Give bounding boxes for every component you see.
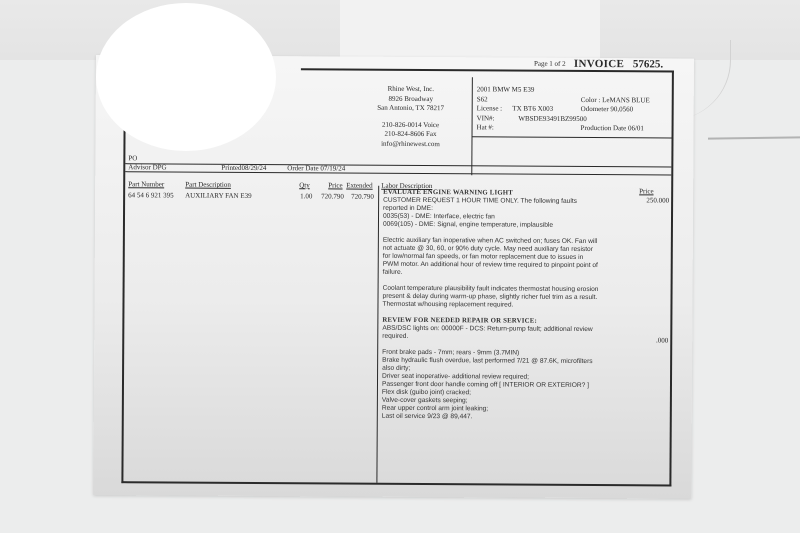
part-extended: 720.790 [351,193,374,201]
underlying-page [340,0,600,59]
order-rule-bottom [125,171,671,175]
col-part-description: Part Description [185,181,231,189]
col-extended: Extended [346,182,372,190]
labor-paragraph: CUSTOMER REQUEST 1 HOUR TIME ONLY. The f… [383,197,623,230]
page-indicator: Page 1 of 2 [534,60,566,68]
printed-date: Printed08/29/24 [221,164,266,172]
po-label: PO [128,154,137,162]
part-qty: 1.00 [300,192,312,200]
part-number: 64 54 6 921 395 [128,191,174,199]
labor-paragraph: Coolant temperature plausibility fault i… [382,285,622,310]
col-labor-price: Price [639,187,653,195]
col-part-number: Part Number [128,180,164,188]
company-email: info@rhinewest.com [325,139,495,150]
vehicle-license: TX BT6 X003 [512,105,553,113]
labor-line: Last oil service 9/23 @ 89,447. [382,413,622,422]
labor-line: Brake hydraulic flush overdue, last perf… [382,357,622,366]
labor-line: Thermostat w/housing replacement require… [382,301,622,310]
invoice-number: 57625. [633,58,663,70]
license-label: License : [477,104,511,114]
part-price: 720.790 [321,192,344,200]
vehicle-block: 2001 BMW M5 E39 S62 Color : LeMANS BLUE … [477,85,672,134]
labor-line: PWM motor. An additional hour of review … [383,261,623,270]
labor-paragraph: Front brake pads - 7mm; rears - 9mm (3.7… [382,349,622,422]
labor-paragraph: Electric auxiliary fan inoperative when … [383,237,623,278]
labor-line: ABS/DSC lights on: 00000F - DCS: Return-… [382,325,622,334]
col-qty: Qty [299,181,310,189]
invoice-title: INVOICE [574,58,624,70]
vehicle-model: 2001 BMW M5 E39 [477,85,535,93]
labor-price-1: 250.000 [635,196,669,204]
labor-line: 0069(105) - DME: Signal, engine temperat… [383,221,623,230]
labor-item: EVALUATE ENGINE WARNING LIGHTCUSTOMER RE… [382,189,623,310]
vehicle-color: LeMANS BLUE [602,96,650,104]
labor-description: EVALUATE ENGINE WARNING LIGHTCUSTOMER RE… [382,189,623,430]
vehicle-vin: WBSDE93491BZ99500 [518,114,587,122]
labor-item: REVIEW FOR NEEDED REPAIR OR SERVICE:ABS/… [382,317,623,422]
vehicle-rule [473,136,672,138]
col-price: Price [328,181,342,189]
part-description: AUXILIARY FAN E39 [185,192,252,200]
redaction-circle [96,3,276,151]
labor-line: required. [382,333,622,342]
parts-labor-divider [376,186,379,483]
advisor: Advisor DPG [128,163,166,171]
labor-line: failure. [383,269,623,278]
paper-crease [708,136,800,139]
company-block: Rhine West, Inc. 8926 Broadway San Anton… [325,84,495,149]
order-rule-top [125,163,671,167]
production-date: Production Date 06/01 [581,124,644,134]
vehicle-code: S62 [477,95,488,103]
color-label: Color : [581,95,601,103]
labor-price-2: .000 [634,336,668,344]
hat-label: Hat #: [477,123,511,133]
labor-paragraph: ABS/DSC lights on: 00000F - DCS: Return-… [382,325,622,342]
vin-label: VIN#: [477,114,511,124]
vehicle-odometer: Odometer 90,0560 [581,105,634,115]
